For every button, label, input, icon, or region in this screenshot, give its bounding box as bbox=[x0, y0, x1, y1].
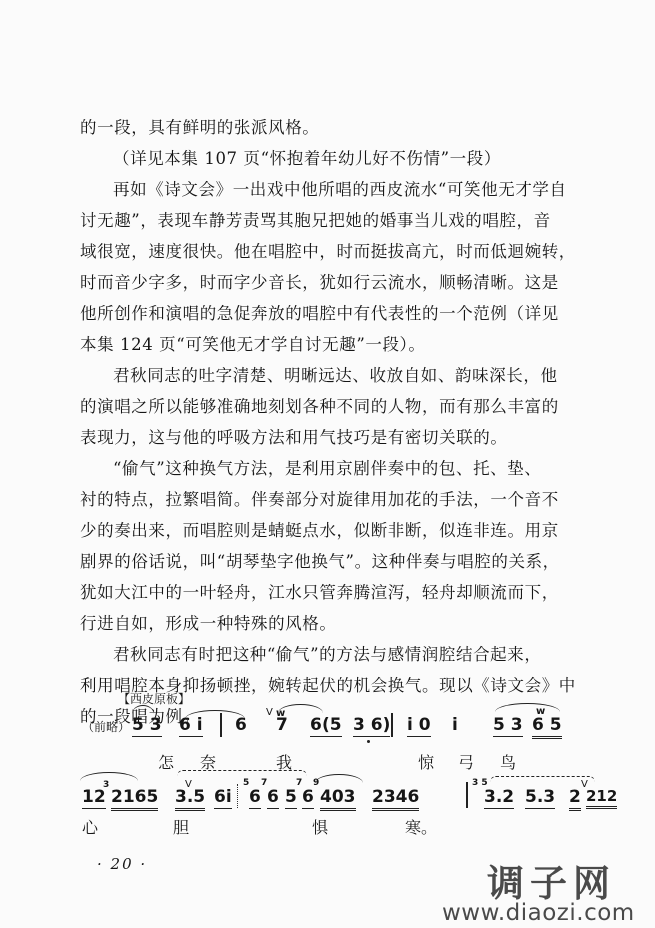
text-line: 衬的特点，拉繁唱简。伴奏部分对旋律用加花的手法，一个音不 bbox=[80, 490, 610, 510]
note-group: 5.3 bbox=[525, 787, 555, 809]
note-group: 6i bbox=[214, 787, 232, 809]
text-line: 的演唱之所以能够准确地刻划各种不同的人物，而有那么丰富的 bbox=[80, 397, 610, 417]
note-group: 5 3 bbox=[132, 715, 162, 737]
note-group: 3.2 bbox=[484, 787, 514, 809]
low-octave-dot bbox=[367, 740, 370, 743]
bar-line-dotted bbox=[237, 784, 240, 808]
breath-mark-icon: V bbox=[266, 707, 273, 718]
note-group: 5 3 bbox=[493, 715, 523, 737]
text-line: 再如《诗文会》一出戏中他所唱的西皮流水“可笑他无才学自 bbox=[113, 180, 643, 200]
omitted-prefix: （前略） bbox=[82, 718, 130, 735]
text-line-reference: （详见本集 107 页“怀抱着年幼儿好不伤情”一段） bbox=[113, 149, 643, 169]
lyric: 弓 bbox=[458, 750, 474, 773]
text-line: 君秋同志有时把这种“偷气”的方法与感情润腔结合起来， bbox=[113, 645, 643, 665]
book-page: 的一段，具有鲜明的张派风格。 （详见本集 107 页“怀抱着年幼儿好不伤情”一段… bbox=[0, 0, 655, 928]
note-group: 403 bbox=[320, 787, 356, 811]
tempo-tag: 【西皮原板】 bbox=[118, 690, 190, 707]
text-line: 表现力，这与他的呼吸方法和用气技巧是有密切关联的。 bbox=[80, 428, 610, 448]
note: 6 bbox=[310, 715, 322, 737]
lyric: 鸟 bbox=[500, 750, 516, 773]
note: 5 bbox=[285, 787, 297, 809]
note-group: 6 5 bbox=[532, 715, 562, 739]
text-line: 少的奏出来，而唱腔则是蜻蜓点水，似断非断，似连非连。用京 bbox=[80, 521, 610, 541]
text-line: 域很宽，速度很快。他在唱腔中，时而挺拔高亢，时而低迴婉转， bbox=[80, 242, 610, 262]
grace-note: 9 bbox=[313, 779, 319, 788]
page-number: · 20 · bbox=[97, 855, 147, 873]
lyric: 心 bbox=[82, 815, 98, 838]
bar-line bbox=[466, 782, 468, 808]
lyric: 惧 bbox=[312, 815, 328, 838]
note-group: 12 bbox=[82, 787, 106, 809]
note-group: 3.5 bbox=[175, 787, 205, 811]
lyric: 怎 bbox=[158, 750, 174, 773]
note: i bbox=[452, 715, 458, 735]
note-group: 3 6) bbox=[353, 715, 390, 737]
note: 6 bbox=[249, 787, 261, 809]
grace-note: 3 bbox=[103, 781, 109, 790]
bar-line bbox=[220, 713, 222, 737]
text-line: 君秋同志的吐字清楚、明晰远达、收放自如、韵味深长，他 bbox=[113, 366, 643, 386]
note: (5 bbox=[322, 715, 342, 737]
text-line: 行进自如，形成一种特殊的风格。 bbox=[80, 614, 610, 634]
text-line: 剧界的俗话说，叫“胡琴垫字他换气”。这种伴奏与唱腔的关系， bbox=[80, 552, 610, 572]
text-line: 讨无趣”，表现车静芳责骂其胞兄把她的婚事当儿戏的唱腔，音 bbox=[80, 211, 610, 231]
note-group: 2346 bbox=[372, 787, 419, 811]
bar-line bbox=[391, 713, 393, 737]
note-group: 2165 bbox=[111, 787, 158, 811]
text-line: “偷气”这种换气方法，是利用京剧伴奏中的包、托、垫、 bbox=[113, 459, 643, 479]
note: 6 bbox=[235, 715, 247, 735]
slur bbox=[177, 770, 307, 779]
text-line: 时而音少字多，时而字少音长，犹如行云流水，顺畅清晰。这是 bbox=[80, 273, 610, 293]
text-line: 犹如大江中的一叶轻舟，江水只管奔腾渲泻，轻舟却顺流而下， bbox=[80, 583, 610, 603]
watermark-title: 调子网 bbox=[487, 853, 616, 907]
text-line: 本集 124 页“可笑他无才学自讨无趣”一段）。 bbox=[80, 335, 610, 355]
lyric: 惊 bbox=[418, 750, 434, 773]
text-line: 的一段，具有鲜明的张派风格。 bbox=[80, 118, 610, 138]
lyric: 寒。 bbox=[405, 815, 437, 838]
watermark-url: www.diaozi.com bbox=[442, 900, 635, 926]
text-line: 他所创作和演唱的急促奔放的唱腔中有代表性的一个范例（详见 bbox=[80, 304, 610, 324]
note-group: i 0 bbox=[407, 715, 431, 737]
lyric: 胆 bbox=[173, 815, 189, 838]
note: 6 bbox=[302, 787, 314, 809]
note: 7 bbox=[276, 715, 288, 735]
note-group: 212 bbox=[586, 787, 617, 809]
slur bbox=[490, 776, 595, 785]
note: 2 bbox=[569, 787, 581, 811]
note: 6 bbox=[267, 787, 279, 809]
